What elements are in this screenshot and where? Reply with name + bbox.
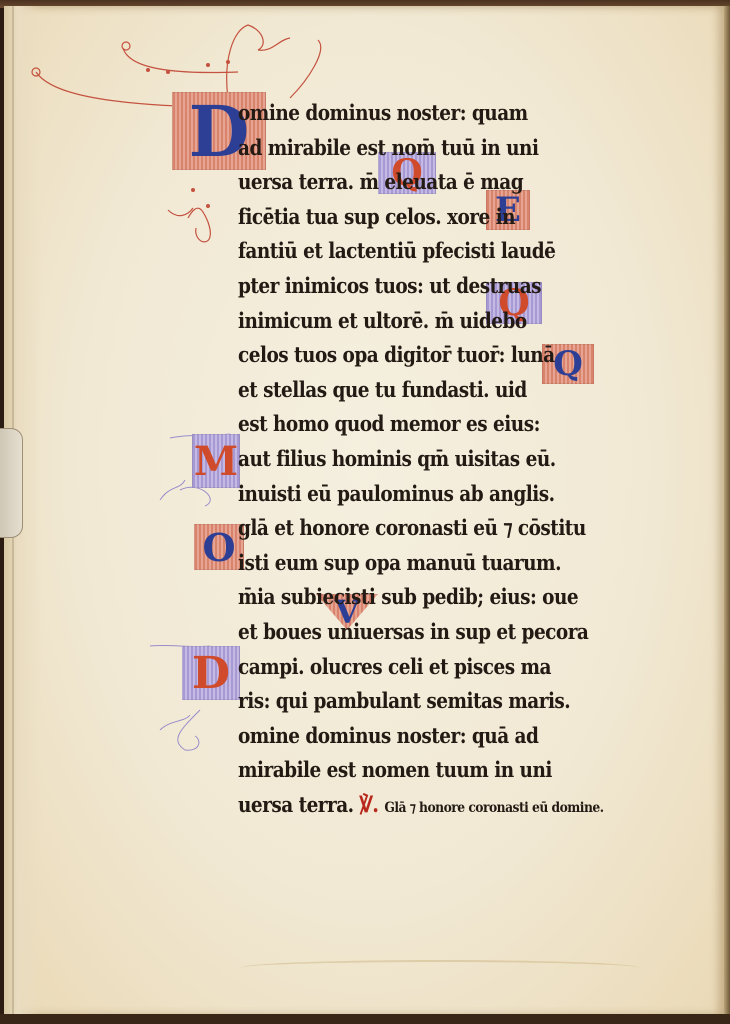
text-line: mirabile est nomen tuum in uni: [238, 753, 616, 788]
text-line: et stellas que tu fundasti. uid: [238, 373, 616, 408]
initial-M: M: [192, 434, 240, 488]
page-tab-marker: [0, 428, 23, 538]
text-line: m̄ia subiecisti sub pedib; eius: oue: [238, 580, 616, 615]
text-line: campi. olucres celi et pisces ma: [238, 650, 616, 685]
initial-O: O: [194, 524, 244, 570]
text-line: pter inimicos tuos: ut destruas: [238, 269, 616, 304]
text-line: aut filius hominis qm̄ uisitas eū.: [238, 442, 616, 477]
text-line: fantiū et lactentiū pfecisti laudē: [238, 234, 616, 269]
versicle-text: Glā ⁊ honore coronasti eū domine.: [384, 800, 603, 816]
water-stain: [240, 960, 640, 976]
psalm-text-block: omine dominus noster: quam ad mirabile e…: [238, 96, 668, 822]
text-line: omine dominus noster: quā ad: [238, 719, 616, 754]
page-edge: [724, 6, 730, 1016]
initial-D-final: D: [182, 646, 240, 700]
text-line-final: uersa terra. ℣. Glā ⁊ honore coronasti e…: [238, 788, 616, 823]
text-line: est homo quod memor es eius:: [238, 407, 616, 442]
text-line: glā et honore coronasti eū ⁊ cōstitu: [238, 511, 616, 546]
text-line: et boues uniuersas in sup et pecora: [238, 615, 616, 650]
book-binding-bottom: [0, 1014, 730, 1024]
text-line: ad mirabile est nom̄ tuū in uni: [238, 131, 616, 166]
text-line: ficētia tua sup celos. xore in: [238, 200, 616, 235]
text-line: omine dominus noster: quam: [238, 96, 616, 131]
text-line: ris: qui pambulant semitas maris.: [238, 684, 616, 719]
text-line: inimicum et ultorē. m̄ uidebo: [238, 304, 616, 339]
text-line-end: uersa terra.: [238, 792, 354, 817]
text-line: celos tuos opa digitor̄ tuor̄: lunā: [238, 338, 616, 373]
text-line: inuisti eū paulominus ab anglis.: [238, 477, 616, 512]
text-line: isti eum sup opa manuū tuarum.: [238, 546, 616, 581]
versicle-mark: ℣.: [359, 792, 378, 818]
text-line: uersa terra. m̄ eleuata ē mag: [238, 165, 616, 200]
